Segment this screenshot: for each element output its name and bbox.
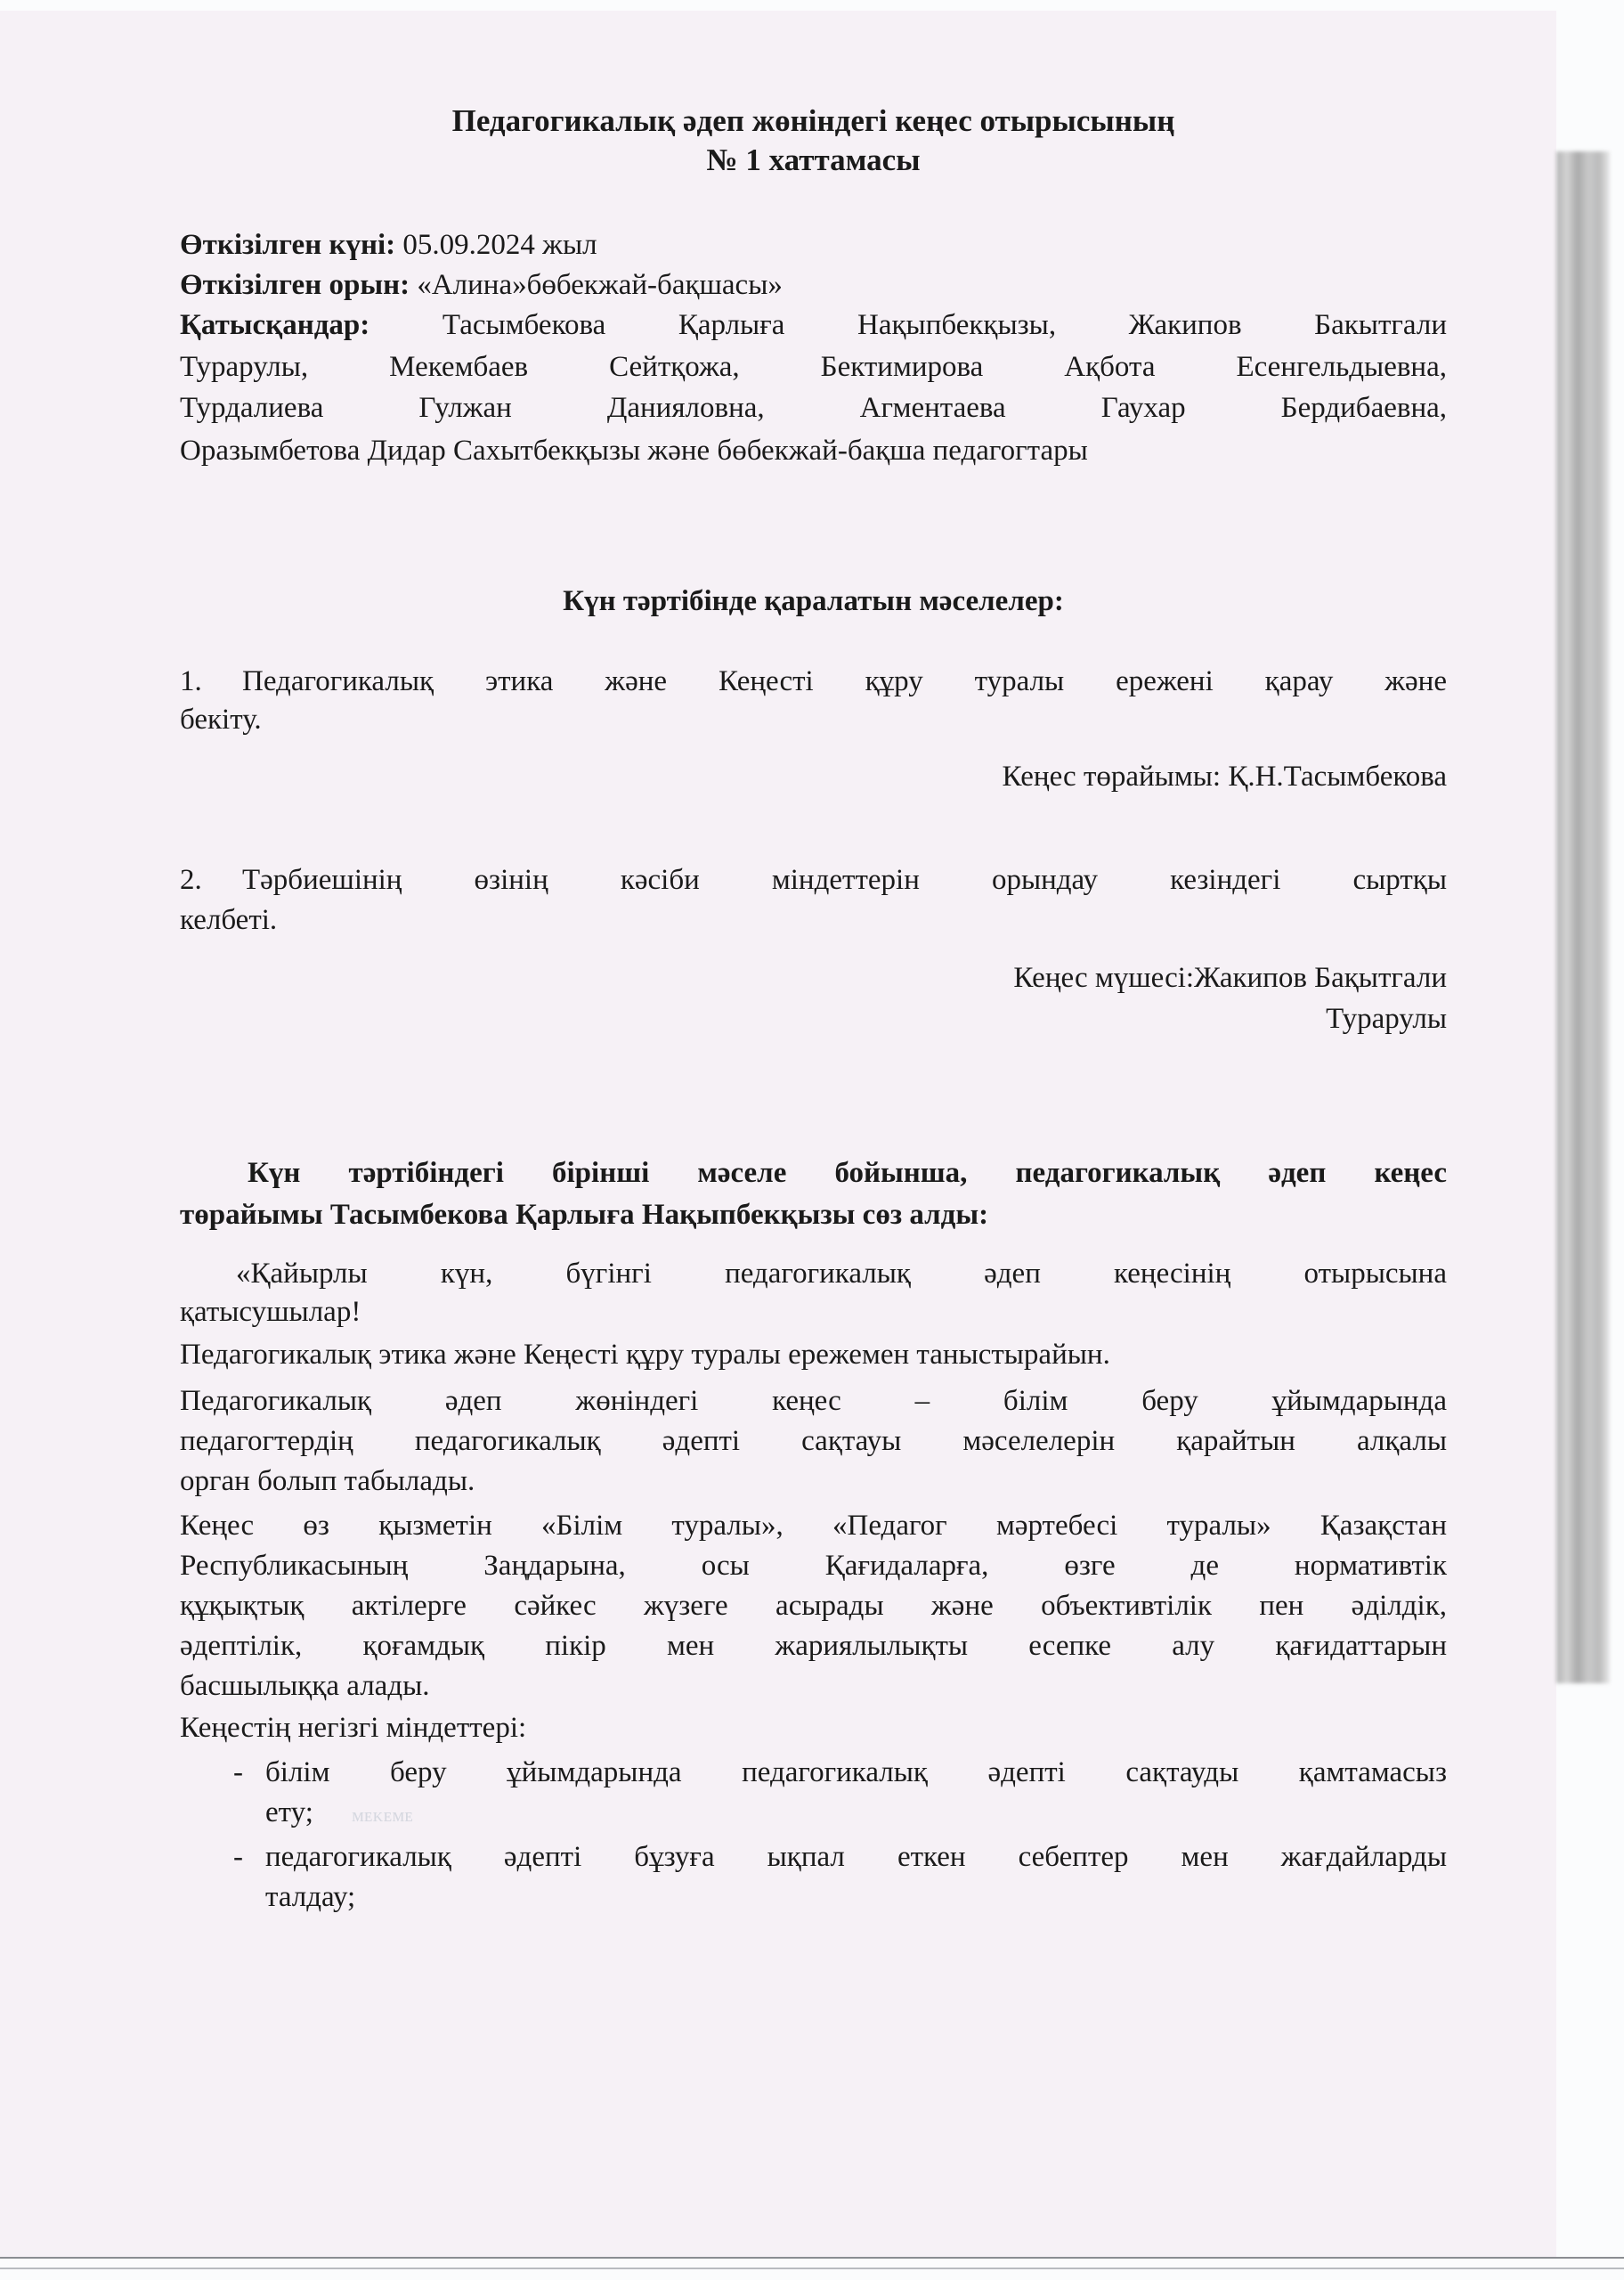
paragraph-line-1: «Қайырлы күн, бүгінгі педагогикалық әдеп… bbox=[236, 1254, 1447, 1293]
meeting-place-label: Өткізілген орын: bbox=[180, 269, 410, 301]
participants-line-4: Оразымбетова Дидар Сахытбекқызы және бөб… bbox=[180, 431, 1447, 470]
agenda-item-1-line2: бекіту. bbox=[180, 700, 1447, 739]
agenda-item-2-number: 2. bbox=[180, 860, 242, 900]
paragraph-line-9: құқықтық актілерге сәйкес жүзеге асырады… bbox=[180, 1586, 1447, 1625]
bullet-item-2-line2: талдау; bbox=[265, 1877, 1447, 1917]
bullet-item-1-line1: білім беру ұйымдарында педагогикалық әде… bbox=[265, 1753, 1447, 1792]
meeting-date-label: Өткізілген күні: bbox=[180, 229, 395, 261]
meeting-place-value: «Алина»бөбекжай-бақшасы» bbox=[410, 269, 783, 301]
participants-line-1: Қатысқандар: Тасымбекова Қарлыға Нақыпбе… bbox=[180, 305, 1447, 345]
document-title-line2: № 1 хаттамасы bbox=[180, 141, 1447, 180]
paragraph-line-3: Педагогикалық этика және Кеңесті құру ту… bbox=[180, 1335, 1447, 1374]
agenda-item-2-responsible-2: Турарулы bbox=[180, 999, 1447, 1038]
scanner-bottom-edge bbox=[0, 2268, 1624, 2269]
paragraph-line-12: Кеңестің негізгі міндеттері: bbox=[180, 1708, 1447, 1747]
bullet-dash-1: - bbox=[233, 1753, 243, 1792]
participants-label: Қатысқандар: bbox=[180, 309, 369, 341]
participants-line-2: Турарулы, Мекембаев Сейтқожа, Бектимиров… bbox=[180, 347, 1447, 387]
scan-smudge: ᴍᴇᴋᴇᴍᴇ bbox=[352, 1804, 413, 1827]
paragraph-line-11: басшылыққа алады. bbox=[180, 1666, 1447, 1706]
bullet-item-2-line1: педагогикалық әдепті бұзуға ықпал еткен … bbox=[265, 1837, 1447, 1877]
paragraph-line-5: педагогтердің педагогикалық әдепті сақта… bbox=[180, 1421, 1447, 1461]
bullet-dash-2: - bbox=[233, 1837, 243, 1877]
paragraph-line-6: орган болып табылады. bbox=[180, 1462, 1447, 1501]
paragraph-line-10: әдептілік, қоғамдық пікір мен жариялылық… bbox=[180, 1626, 1447, 1665]
meeting-date-value: 05.09.2024 жыл bbox=[395, 229, 597, 261]
paragraph-line-2: қатысушылар! bbox=[180, 1292, 1447, 1331]
paragraph-line-8: Республикасының Заңдарына, осы Қағидалар… bbox=[180, 1546, 1447, 1585]
participants-text-1: Тасымбекова Қарлыға Нақыпбекқызы, Жакипо… bbox=[369, 309, 1447, 341]
agenda-item-1-number: 1. bbox=[180, 662, 242, 701]
agenda-item-1-text: Педагогикалық этика және Кеңесті құру ту… bbox=[242, 665, 1447, 697]
paragraph-line-4: Педагогикалық әдеп жөніндегі кеңес – біл… bbox=[180, 1381, 1447, 1421]
agenda-item-2-line2: келбеті. bbox=[180, 900, 1447, 940]
agenda-item-1-responsible: Кеңес төрайымы: Қ.Н.Тасымбекова bbox=[180, 757, 1447, 796]
intro-bold-line-1: Күн тәртібіндегі бірінші мәселе бойынша,… bbox=[248, 1153, 1447, 1193]
meeting-place: Өткізілген орын: «Алина»бөбекжай-бақшасы… bbox=[180, 265, 1447, 305]
agenda-item-2-responsible-1: Кеңес мүшесі:Жакипов Бақытгали bbox=[180, 958, 1447, 997]
agenda-heading: Күн тәртібінде қаралатын мәселелер: bbox=[180, 582, 1447, 621]
scanner-shadow bbox=[1556, 151, 1610, 1683]
meeting-date: Өткізілген күні: 05.09.2024 жыл bbox=[180, 225, 1447, 265]
bullet-item-1-line2: ету; bbox=[265, 1793, 1447, 1832]
document-title-line1: Педагогикалық әдеп жөніндегі кеңес отыры… bbox=[180, 102, 1447, 141]
agenda-item-2-text: Тәрбиешінің өзінің кәсіби міндеттерін ор… bbox=[242, 864, 1447, 896]
agenda-item-2-line1: 2.Тәрбиешінің өзінің кәсіби міндеттерін … bbox=[180, 860, 1447, 900]
page-bottom-edge bbox=[0, 2257, 1624, 2259]
participants-line-3: Турдалиева Гулжан Данияловна, Агментаева… bbox=[180, 388, 1447, 427]
agenda-item-1-line1: 1.Педагогикалық этика және Кеңесті құру … bbox=[180, 662, 1447, 701]
intro-bold-line-2: төрайымы Тасымбекова Қарлыға Нақыпбекқыз… bbox=[180, 1195, 1447, 1234]
paragraph-line-7: Кеңес өз қызметін «Білім туралы», «Педаг… bbox=[180, 1506, 1447, 1545]
